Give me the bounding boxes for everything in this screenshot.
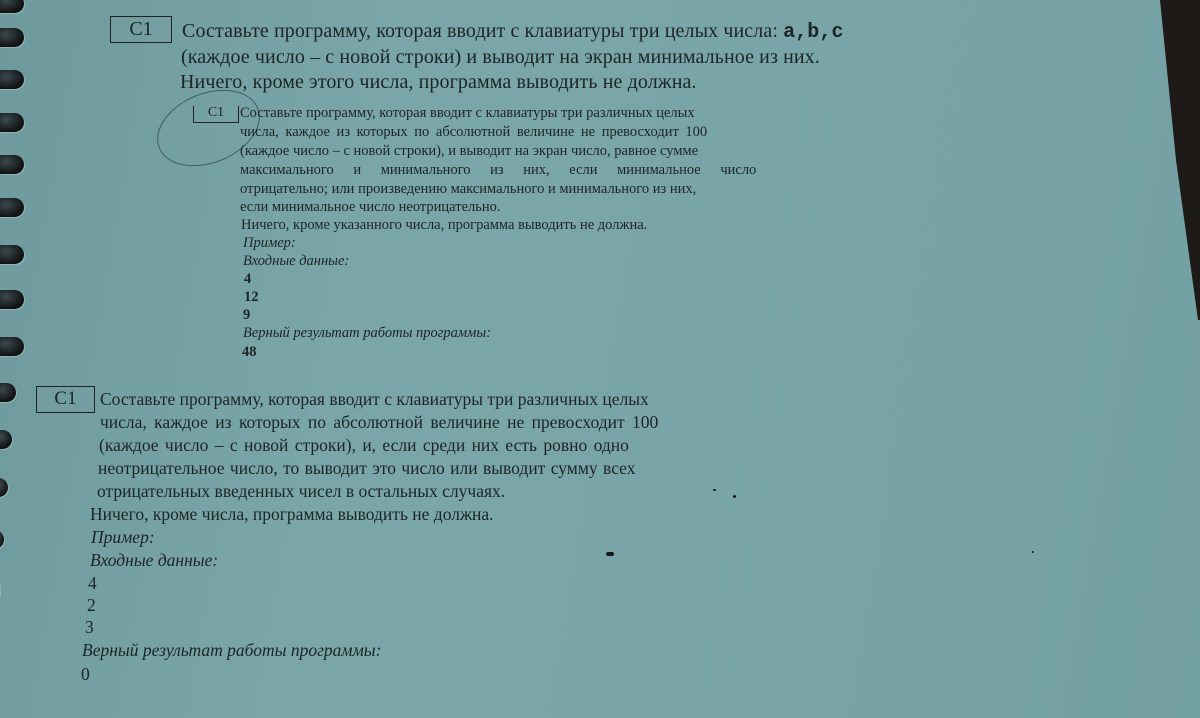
task-text: Составьте программу, которая вводит с кл… [182,20,778,42]
variables-text: a,b,c [783,21,844,44]
task-text-line: Составьте программу, которая вводит с кл… [100,388,649,411]
ink-speck [713,489,716,491]
example-label: Пример: [91,526,155,549]
spiral-coil [0,28,24,47]
ink-speck [733,495,736,498]
spiral-coil [0,245,24,264]
task-text-line: если минимальное число неотрицательно. [240,198,501,216]
input-value: 4 [244,270,251,288]
task-text-line: неотрицательное число, то выводит это чи… [98,457,635,480]
spiral-coil [0,113,24,132]
ink-speck [606,552,614,556]
task-label-box: C1 [36,386,95,413]
ink-speck [1032,551,1034,553]
spiral-coil [0,290,24,309]
task-text-line: максимального и минимального из них, есл… [240,161,756,179]
task-label-box: C1 [193,106,239,123]
task-text-line: (каждое число – с новой строки) и выводи… [181,45,820,70]
task-label-box: C1 [110,16,172,43]
output-label: Верный результат работы программы: [243,324,491,342]
input-value: 4 [88,572,97,595]
input-label: Входные данные: [90,549,218,572]
output-value: 0 [81,663,90,686]
task-text-line: числа, каждое из которых по абсолютной в… [240,123,707,141]
spiral-coil [0,337,24,356]
output-value: 48 [242,343,257,361]
output-label: Верный результат работы программы: [82,639,381,662]
spiral-coil [0,155,24,174]
task-text-line: Ничего, кроме указанного числа, программ… [241,216,647,234]
example-label: Пример: [243,234,296,252]
task-text-line: отрицательных введенных чисел в остальны… [97,480,505,503]
task-text-line: (каждое число – с новой строки), и вывод… [240,142,698,160]
spiral-coil [0,70,24,89]
task-text-line: (каждое число – с новой строки), и, если… [99,434,629,457]
input-value: 9 [243,306,250,324]
spiral-coil [0,198,24,217]
task-text-line: Ничего, кроме этого числа, программа выв… [180,70,697,95]
task-text-line: Составьте программу, которая вводит с кл… [182,19,844,45]
input-label: Входные данные: [243,252,349,270]
input-value: 12 [244,288,259,306]
input-value: 3 [85,616,94,639]
task-text-line: числа, каждое из которых по абсолютной в… [100,411,658,434]
task-text-line: Составьте программу, которая вводит с кл… [240,104,695,122]
task-text-line: Ничего, кроме числа, программа выводить … [90,503,494,526]
task-text-line: отрицательно; или произведению максималь… [240,180,696,198]
input-value: 2 [87,594,96,617]
